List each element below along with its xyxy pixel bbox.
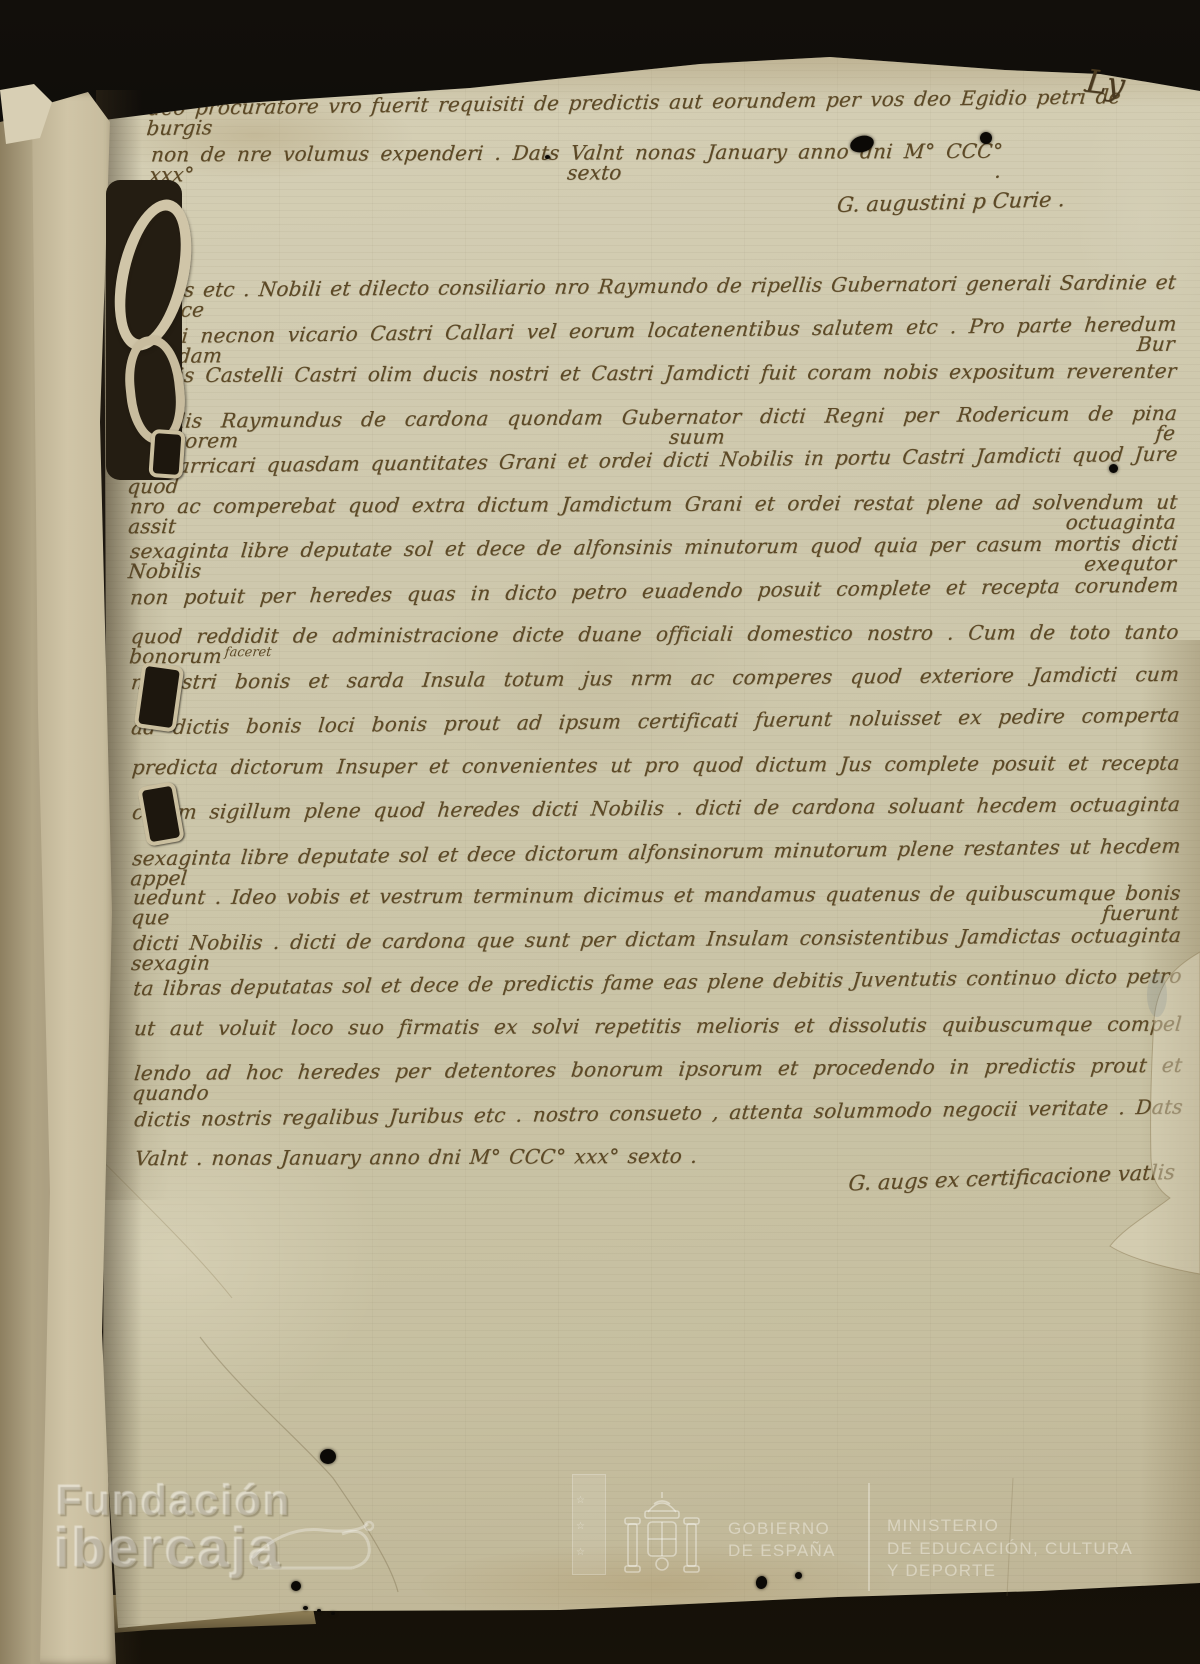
binding-knot [134, 661, 185, 732]
archival-photo: deo procuratore vro fuerit requisiti de … [0, 0, 1200, 1664]
binding-knot [148, 429, 185, 479]
book-binding-gutter [0, 0, 1200, 1664]
binding-knot [137, 781, 185, 847]
